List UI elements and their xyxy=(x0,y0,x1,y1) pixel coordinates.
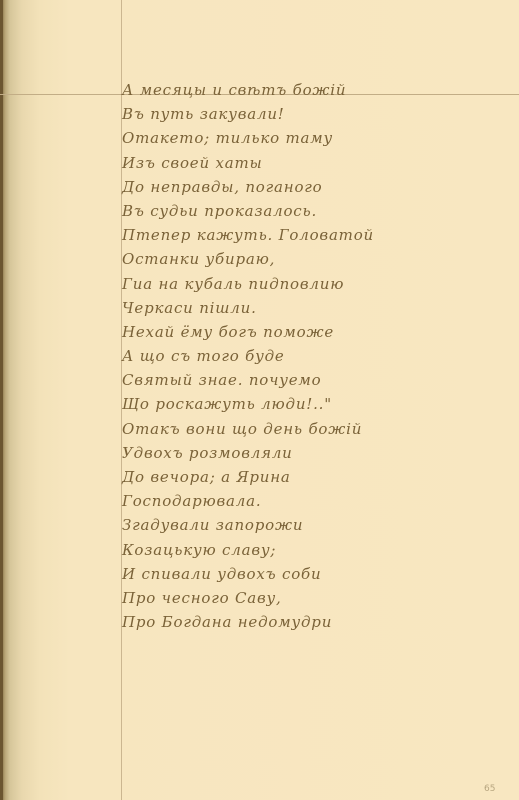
poem-line: Черкаси пішли. xyxy=(122,296,442,320)
poem-line: Святый знае. почуемо xyxy=(122,368,442,392)
poem-line: И спивали удвохъ соби xyxy=(122,562,442,586)
poem-line: Удвохъ розмовляли xyxy=(122,441,442,465)
poem-text: А месяцы и свѣтъ божій Въ путь закували!… xyxy=(122,78,442,634)
poem-line: Отакъ вони що день божій xyxy=(122,417,442,441)
poem-line: Гиа на кубаль пидповлию xyxy=(122,272,442,296)
poem-line: А що съ того буде xyxy=(122,344,442,368)
poem-line: Згадували запорожи xyxy=(122,513,442,537)
poem-line: Птепер кажуть. Головатой xyxy=(122,223,442,247)
poem-line: Господарювала. xyxy=(122,489,442,513)
poem-line: Нехай ёму богъ поможе xyxy=(122,320,442,344)
poem-line: До неправды, поганого xyxy=(122,175,442,199)
poem-line: Про Богдана недомудри xyxy=(122,610,442,634)
poem-line: Про чесного Саву, xyxy=(122,586,442,610)
poem-line: Изъ своей хаты xyxy=(122,151,442,175)
poem-line: Що роскажуть люди!.." xyxy=(122,392,442,416)
book-spine-shadow xyxy=(0,0,3,800)
poem-line: Въ судьи проказалось. xyxy=(122,199,442,223)
poem-line: Останки убираю, xyxy=(122,247,442,271)
poem-line: Козацькую славу; xyxy=(122,538,442,562)
manuscript-page: А месяцы и свѣтъ божій Въ путь закували!… xyxy=(0,0,519,800)
page-number: 65 xyxy=(484,784,495,794)
poem-line: А месяцы и свѣтъ божій xyxy=(122,78,442,102)
poem-line: Въ путь закували! xyxy=(122,102,442,126)
poem-line: Отакето; тилько таму xyxy=(122,126,442,150)
poem-line: До вечора; а Ярина xyxy=(122,465,442,489)
